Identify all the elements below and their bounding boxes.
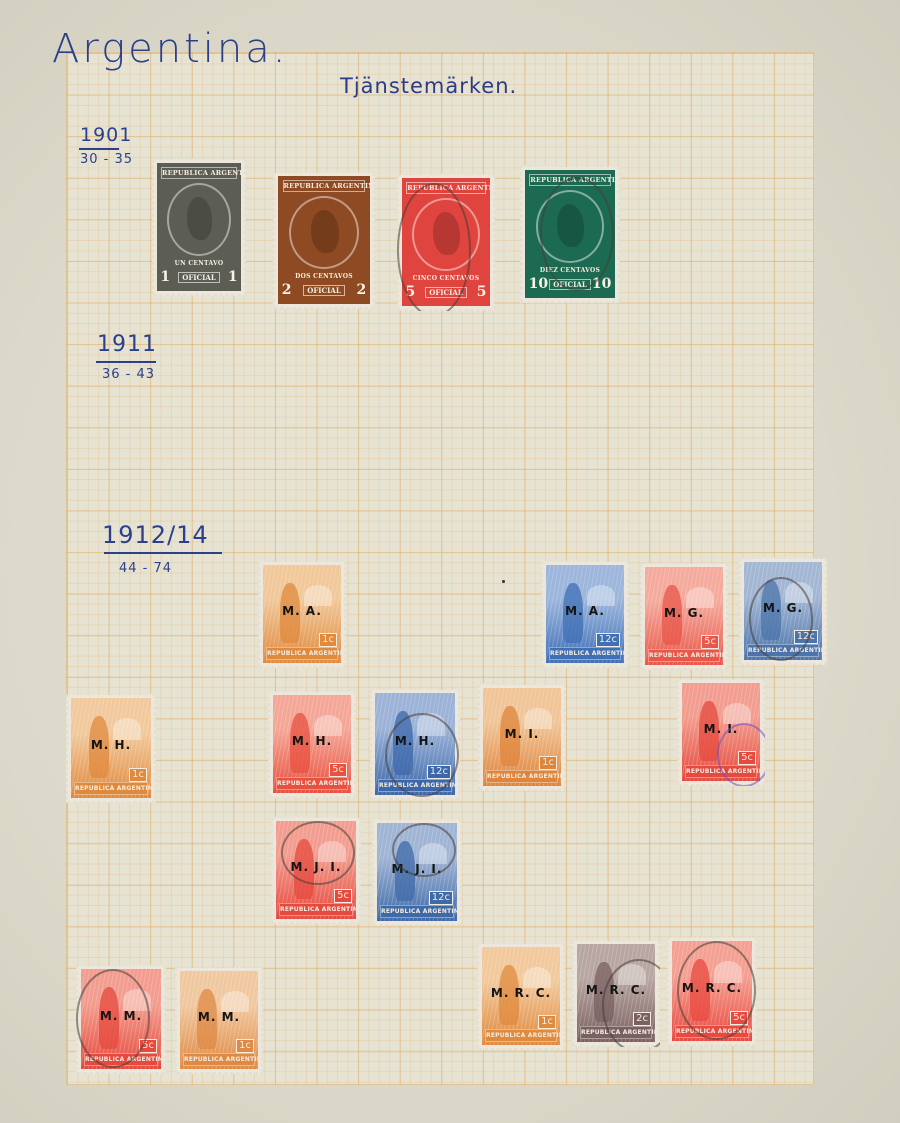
stamp-value-right: 2 xyxy=(357,282,367,298)
stamp-face: M. G. 5c REPUBLICA ARGENTINA xyxy=(645,567,723,665)
stamp-face: M. A. 1c REPUBLICA ARGENTINA xyxy=(263,565,341,663)
stamp-overprint: M. A. xyxy=(263,604,341,618)
stamp-country: REPUBLICA ARGENTINA xyxy=(486,770,558,783)
stamp-official-label: OFICIAL xyxy=(303,285,345,296)
stamp-face: REPUBLICA ARGENTINA UN CENTAVO 1 OFICIAL… xyxy=(157,163,241,291)
stamp-plowman-ma-12c: M. A. 12c REPUBLICA ARGENTINA xyxy=(541,560,629,668)
stamp-overprint: M. H. xyxy=(273,734,351,748)
stamp-value: 12c xyxy=(429,891,453,905)
stamp-country: REPUBLICA ARGENTINA xyxy=(84,1053,158,1066)
stamp-plowman-mrc-5c: M. R. C. 5c REPUBLICA ARGENTINA xyxy=(667,936,757,1046)
stamp-overprint: M. M. xyxy=(81,1009,161,1023)
stamp-face: M. M. 5c REPUBLICA ARGENTINA xyxy=(81,969,161,1069)
stamp-1901-2c: REPUBLICA ARGENTINA DOS CENTAVOS 2 OFICI… xyxy=(273,171,375,309)
section-rule xyxy=(104,552,222,554)
rising-sun xyxy=(618,964,646,986)
stamp-face: M. J. I. 12c REPUBLICA ARGENTINA xyxy=(377,823,457,921)
stamp-face: M. R. C. 1c REPUBLICA ARGENTINA xyxy=(482,947,560,1045)
stamp-denomination: UN CENTAVO xyxy=(175,260,224,267)
stamp-country: REPUBLICA ARGENTINA xyxy=(380,905,454,918)
stamp-value: 5c xyxy=(329,763,347,777)
stamp-overprint: M. J. I. xyxy=(276,860,356,874)
stamp-overprint: M. G. xyxy=(645,606,723,620)
stamp-value: 1c xyxy=(319,633,337,647)
liberty-head-medallion xyxy=(536,190,605,263)
rising-sun xyxy=(587,585,615,607)
stamp-denomination: DOS CENTAVOS xyxy=(295,273,353,280)
stamp-country: REPUBLICA ARGENTINA xyxy=(183,1053,255,1066)
rising-sun xyxy=(221,991,249,1013)
section-rule xyxy=(79,148,119,150)
rising-sun xyxy=(314,715,342,737)
stamp-country: REPUBLICA ARGENTINA xyxy=(685,765,757,778)
rising-sun xyxy=(785,582,813,604)
stamp-country: REPUBLICA ARGENTINA xyxy=(580,1026,652,1039)
stamp-overprint: M. R. C. xyxy=(577,983,655,997)
stamp-plowman-mm-5c: M. M. 5c REPUBLICA ARGENTINA xyxy=(76,964,166,1074)
stamp-face: M. A. 12c REPUBLICA ARGENTINA xyxy=(546,565,624,663)
stamp-plowman-mji-12c: M. J. I. 12c REPUBLICA ARGENTINA xyxy=(372,818,462,926)
rising-sun xyxy=(419,843,448,865)
stamp-plowman-mg-5c: M. G. 5c REPUBLICA ARGENTINA xyxy=(640,562,728,670)
liberty-head-medallion xyxy=(412,198,479,271)
liberty-head-medallion xyxy=(167,183,231,256)
stamp-face: M. H. 5c REPUBLICA ARGENTINA xyxy=(273,695,351,793)
stamp-plowman-mh-1c: M. H. 1c REPUBLICA ARGENTINA xyxy=(66,693,156,803)
stamp-overprint: M. R. C. xyxy=(482,986,560,1000)
stamp-1901-10c: REPUBLICA ARGENTINA DIEZ CENTAVOS 10 OFI… xyxy=(520,165,620,303)
stamp-country: REPUBLICA ARGENTINA xyxy=(549,647,621,660)
album-page: Argentina. Tjänstemärken. 1901 30 - 35 1… xyxy=(0,0,900,1123)
stamp-value: 5c xyxy=(738,751,756,765)
stamp-value: 5c xyxy=(139,1039,157,1053)
stamp-value-right: 5 xyxy=(477,284,487,300)
stamp-overprint: M. I. xyxy=(682,722,760,736)
stamp-face: M. M. 1c REPUBLICA ARGENTINA xyxy=(180,971,258,1069)
stamp-plowman-mh-5c: M. H. 5c REPUBLICA ARGENTINA xyxy=(268,690,356,798)
stamp-plowman-mji-5c: M. J. I. 5c REPUBLICA ARGENTINA xyxy=(271,816,361,924)
section-year-1901: 1901 xyxy=(80,124,132,146)
ink-dot xyxy=(502,580,505,583)
stamp-face: REPUBLICA ARGENTINA CINCO CENTAVOS 5 OFI… xyxy=(402,178,490,306)
stamp-official-label: OFICIAL xyxy=(178,272,220,283)
stamp-plowman-mh-12c: M. H. 12c REPUBLICA ARGENTINA xyxy=(370,688,460,800)
stamp-denomination: DIEZ CENTAVOS xyxy=(540,267,600,274)
rising-sun xyxy=(113,718,142,740)
stamp-value-left: 10 xyxy=(529,276,548,292)
stamp-header: REPUBLICA ARGENTINA xyxy=(529,174,610,186)
rising-sun xyxy=(524,708,552,730)
stamp-plowman-mrc-2c: M. R. C. 2c REPUBLICA ARGENTINA xyxy=(572,939,660,1047)
rising-sun xyxy=(723,703,751,725)
stamp-plowman-mi-1c: M. I. 1c REPUBLICA ARGENTINA xyxy=(478,683,566,791)
stamp-overprint: M. A. xyxy=(546,604,624,618)
stamp-country: REPUBLICA ARGENTINA xyxy=(266,647,338,660)
section-range-1911: 36 - 43 xyxy=(102,367,155,382)
stamp-plowman-mm-1c: M. M. 1c REPUBLICA ARGENTINA xyxy=(175,966,263,1074)
stamp-face: M. J. I. 5c REPUBLICA ARGENTINA xyxy=(276,821,356,919)
stamp-country: REPUBLICA ARGENTINA xyxy=(279,903,353,916)
stamp-value-right: 1 xyxy=(228,269,238,285)
stamp-face: M. H. 1c REPUBLICA ARGENTINA xyxy=(71,698,151,798)
stamp-country: REPUBLICA ARGENTINA xyxy=(276,777,348,790)
stamp-face: REPUBLICA ARGENTINA DOS CENTAVOS 2 OFICI… xyxy=(278,176,370,304)
stamp-overprint: M. J. I. xyxy=(377,862,457,876)
stamp-overprint: M. H. xyxy=(71,738,151,752)
stamp-country: REPUBLICA ARGENTINA xyxy=(675,1025,749,1038)
stamp-face: M. H. 12c REPUBLICA ARGENTINA xyxy=(375,693,455,795)
stamp-value: 2c xyxy=(633,1012,651,1026)
stamp-value: 5c xyxy=(334,889,352,903)
rising-sun xyxy=(523,967,551,989)
stamp-value: 5c xyxy=(701,635,719,649)
stamp-country: REPUBLICA ARGENTINA xyxy=(74,782,148,795)
stamp-overprint: M. M. xyxy=(180,1010,258,1024)
stamp-face: M. R. C. 5c REPUBLICA ARGENTINA xyxy=(672,941,752,1041)
section-year-1911: 1911 xyxy=(97,332,157,357)
stamp-plowman-mg-12c: M. G. 12c REPUBLICA ARGENTINA xyxy=(739,557,827,665)
liberty-head-medallion xyxy=(289,196,359,269)
stamp-header: REPUBLICA ARGENTINA xyxy=(161,167,237,179)
stamp-country: REPUBLICA ARGENTINA xyxy=(485,1029,557,1042)
stamp-country: REPUBLICA ARGENTINA xyxy=(648,649,720,662)
stamp-face: REPUBLICA ARGENTINA DIEZ CENTAVOS 10 OFI… xyxy=(525,170,615,298)
stamp-overprint: M. I. xyxy=(483,727,561,741)
stamp-denomination: CINCO CENTAVOS xyxy=(413,275,480,282)
stamp-overprint: M. G. xyxy=(744,601,822,615)
stamp-value-left: 1 xyxy=(160,269,170,285)
stamp-header: REPUBLICA ARGENTINA xyxy=(406,182,485,194)
section-rule xyxy=(96,361,156,363)
rising-sun xyxy=(123,989,152,1011)
stamp-value: 1c xyxy=(538,1015,556,1029)
stamp-value: 12c xyxy=(596,633,620,647)
stamp-country: REPUBLICA ARGENTINA xyxy=(747,644,819,657)
rising-sun xyxy=(714,961,743,983)
stamp-country: REPUBLICA ARGENTINA xyxy=(378,779,452,792)
stamp-header: REPUBLICA ARGENTINA xyxy=(283,180,366,192)
stamp-value: 12c xyxy=(427,765,451,779)
section-year-1912: 1912/14 xyxy=(102,521,209,549)
rising-sun xyxy=(304,585,332,607)
stamp-value: 1c xyxy=(129,768,147,782)
stamp-value: 1c xyxy=(236,1039,254,1053)
stamp-overprint: M. R. C. xyxy=(672,981,752,995)
stamp-value: 1c xyxy=(539,756,557,770)
stamp-face: M. G. 12c REPUBLICA ARGENTINA xyxy=(744,562,822,660)
stamp-value-right: 10 xyxy=(592,276,611,292)
stamp-value-left: 2 xyxy=(282,282,292,298)
stamp-value-left: 5 xyxy=(406,284,416,300)
stamp-plowman-mi-5c: M. I. 5c REPUBLICA ARGENTINA xyxy=(677,678,765,786)
stamp-face: M. I. 1c REPUBLICA ARGENTINA xyxy=(483,688,561,786)
page-subtitle: Tjänstemärken. xyxy=(340,74,517,98)
rising-sun xyxy=(686,587,714,609)
stamp-face: M. R. C. 2c REPUBLICA ARGENTINA xyxy=(577,944,655,1042)
stamp-official-label: OFICIAL xyxy=(425,287,467,298)
rising-sun xyxy=(417,713,446,735)
stamp-face: M. I. 5c REPUBLICA ARGENTINA xyxy=(682,683,760,781)
stamp-plowman-ma-1c: M. A. 1c REPUBLICA ARGENTINA xyxy=(258,560,346,668)
stamp-1901-1c: REPUBLICA ARGENTINA UN CENTAVO 1 OFICIAL… xyxy=(152,158,246,296)
page-title: Argentina. xyxy=(52,26,288,72)
stamp-value: 12c xyxy=(794,630,818,644)
section-range-1901: 30 - 35 xyxy=(80,152,133,167)
rising-sun xyxy=(318,841,347,863)
stamp-plowman-mrc-1c: M. R. C. 1c REPUBLICA ARGENTINA xyxy=(477,942,565,1050)
stamp-overprint: M. H. xyxy=(375,734,455,748)
section-range-1912: 44 - 74 xyxy=(119,561,172,576)
stamp-value: 5c xyxy=(730,1011,748,1025)
stamp-official-label: OFICIAL xyxy=(549,279,591,290)
stamp-1901-5c: REPUBLICA ARGENTINA CINCO CENTAVOS 5 OFI… xyxy=(397,173,495,311)
